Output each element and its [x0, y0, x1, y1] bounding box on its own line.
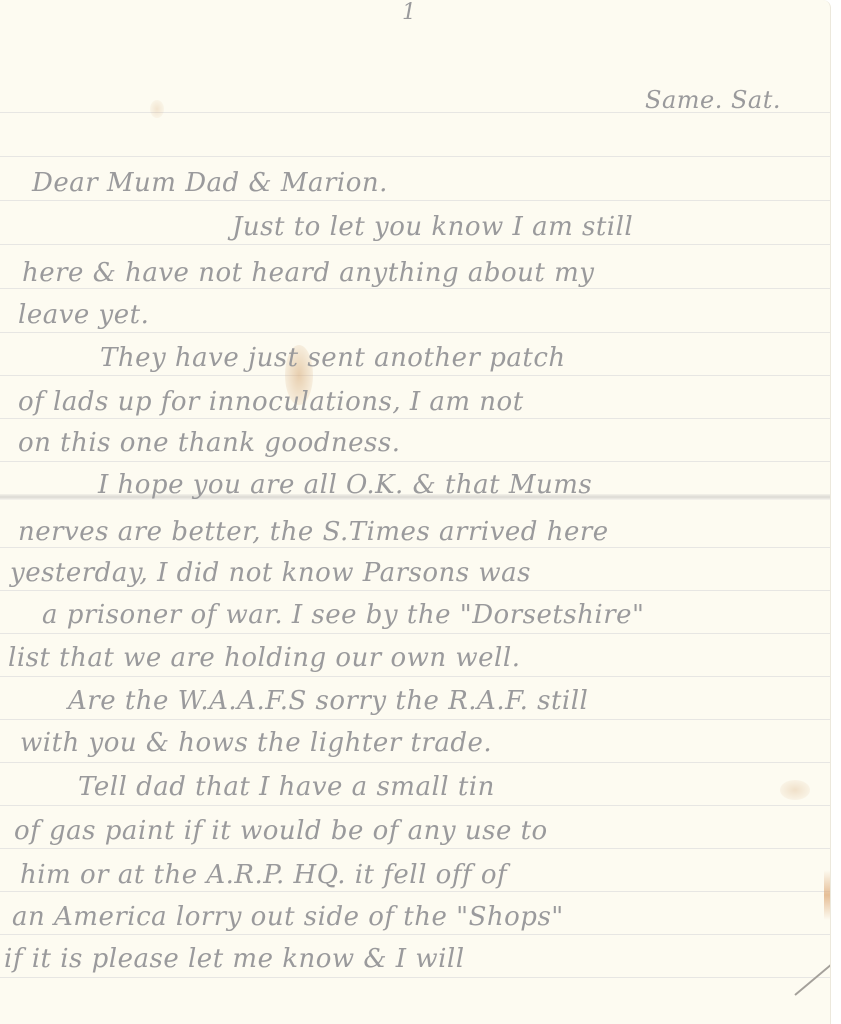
letter-line: of gas paint if it would be of any use t…	[14, 816, 548, 846]
ruled-line	[0, 461, 830, 462]
ruled-line	[0, 762, 830, 763]
letter-line: Just to let you know I am still	[232, 212, 633, 242]
letter-line: Are the W.A.A.F.S sorry the R.A.F. still	[68, 686, 588, 716]
ruled-line	[0, 633, 830, 634]
edge-stain	[824, 870, 830, 920]
letter-line: an America lorry out side of the "Shops"	[12, 902, 564, 932]
ruled-line	[0, 590, 830, 591]
letter-line: here & have not heard anything about my	[22, 258, 594, 288]
letter-line: of lads up for innoculations, I am not	[18, 387, 524, 417]
ruled-line	[0, 288, 830, 289]
letter-line: a prisoner of war. I see by the "Dorsets…	[42, 600, 644, 630]
letter-line: Tell dad that I have a small tin	[78, 772, 495, 802]
letter-line: I hope you are all O.K. & that Mums	[98, 470, 592, 500]
letter-line: list that we are holding our own well.	[8, 643, 520, 673]
ruled-line	[0, 719, 830, 720]
ruled-line	[0, 934, 830, 935]
page-number: 1	[402, 0, 417, 25]
ruled-line	[0, 547, 830, 548]
letter-line: leave yet.	[18, 300, 149, 330]
ruled-line	[0, 418, 830, 419]
ruled-line	[0, 805, 830, 806]
ruled-line	[0, 244, 830, 245]
letter-line: on this one thank goodness.	[18, 428, 400, 458]
letter-line: They have just sent another patch	[100, 343, 566, 373]
ruled-line	[0, 848, 830, 849]
ruled-line	[0, 891, 830, 892]
letter-page: 1 Same. Sat. Dear Mum Dad & Marion. Just…	[0, 0, 831, 1024]
letter-line: him or at the A.R.P. HQ. it fell off of	[20, 860, 507, 890]
ruled-line	[0, 375, 830, 376]
ruled-line	[0, 200, 830, 201]
date-line: Same. Sat.	[645, 86, 781, 114]
ruled-line	[0, 676, 830, 677]
letter-line: yesterday, I did not know Parsons was	[10, 558, 531, 588]
stain-mark	[150, 100, 164, 118]
stain-mark	[780, 780, 810, 800]
ruled-line	[0, 977, 830, 978]
letter-line: if it is please let me know & I will	[4, 944, 465, 974]
ruled-line	[0, 332, 830, 333]
letter-line: with you & hows the lighter trade.	[20, 728, 492, 758]
ruled-line	[0, 156, 830, 157]
letter-line: nerves are better, the S.Times arrived h…	[18, 517, 609, 547]
salutation: Dear Mum Dad & Marion.	[32, 168, 388, 198]
folded-corner-edge	[794, 963, 831, 995]
